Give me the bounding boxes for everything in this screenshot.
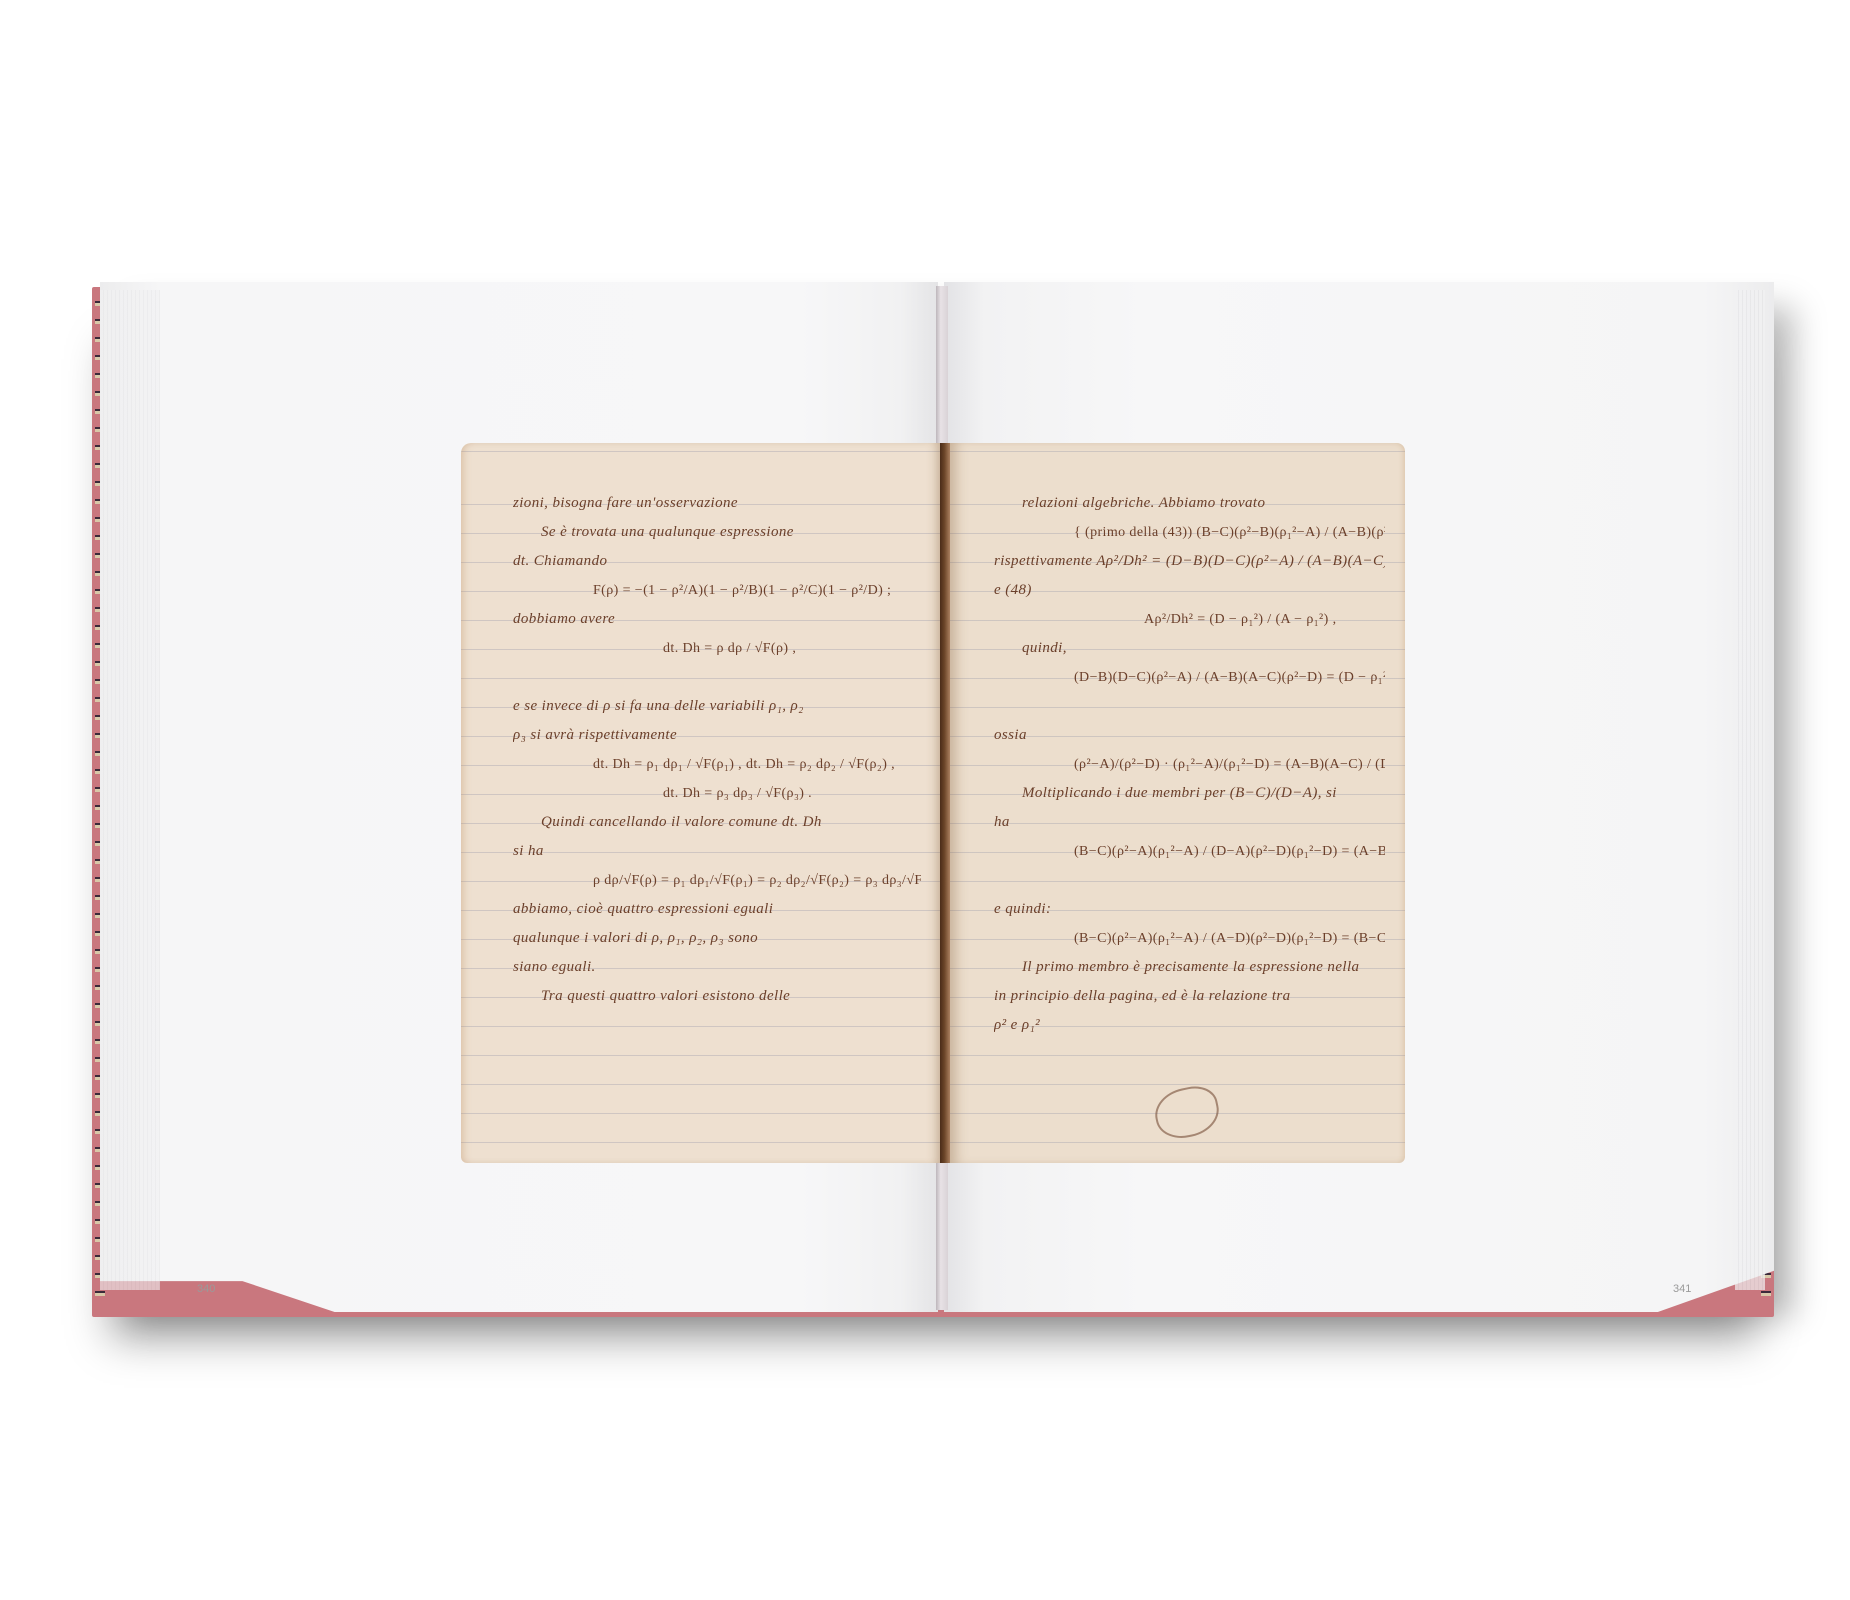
- manuscript-line: in principio della pagina, ed è la relaz…: [994, 982, 1385, 1011]
- manuscript-line: e (48): [994, 576, 1385, 605]
- manuscript-line: relazioni algebriche. Abbiamo trovato: [994, 489, 1385, 518]
- manuscript-line: (D−B)(D−C)(ρ²−A) / (A−B)(A−C)(ρ²−D) = (D…: [994, 663, 1385, 692]
- manuscript-line: e se invece di ρ si fa una delle variabi…: [513, 692, 921, 721]
- manuscript-line: ρ² e ρ₁²: [994, 1011, 1385, 1040]
- manuscript-line: zioni, bisogna fare un'osservazione: [513, 489, 921, 518]
- manuscript-line: si ha: [513, 837, 921, 866]
- manuscript-line: [994, 866, 1385, 895]
- manuscript-line: Tra questi quattro valori esistono delle: [513, 982, 921, 1011]
- manuscript-line: dt. Dh = ρ dρ / √F(ρ) ,: [513, 634, 921, 663]
- right-page-stack: [1735, 290, 1765, 1290]
- manuscript-line: Il primo membro è precisamente la espres…: [994, 953, 1385, 982]
- left-page-stack: [100, 290, 160, 1290]
- manuscript-right-text: relazioni algebriche. Abbiamo trovato{ (…: [950, 443, 1405, 1163]
- manuscript-left-text: zioni, bisogna fare un'osservazioneSe è …: [461, 443, 941, 1163]
- manuscript-line: ρ dρ/√F(ρ) = ρ₁ dρ₁/√F(ρ₁) = ρ₂ dρ₂/√F(ρ…: [513, 866, 921, 895]
- page-number-right: 341: [1673, 1283, 1691, 1295]
- manuscript-line: [994, 692, 1385, 721]
- manuscript-left-page: zioni, bisogna fare un'osservazioneSe è …: [461, 443, 941, 1163]
- manuscript-right-page: relazioni algebriche. Abbiamo trovato{ (…: [950, 443, 1405, 1163]
- manuscript-line: (B−C)(ρ²−A)(ρ₁²−A) / (D−A)(ρ²−D)(ρ₁²−D) …: [994, 837, 1385, 866]
- manuscript-line: rispettivamente Aρ²/Dh² = (D−B)(D−C)(ρ²−…: [994, 547, 1385, 576]
- manuscript-line: Aρ²/Dh² = (D − ρ₁²) / (A − ρ₁²) ,: [994, 605, 1385, 634]
- manuscript-line: Quindi cancellando il valore comune dt. …: [513, 808, 921, 837]
- manuscript-line: dt. Dh = ρ₁ dρ₁ / √F(ρ₁) , dt. Dh = ρ₂ d…: [513, 750, 921, 779]
- manuscript-line: ossia: [994, 721, 1385, 750]
- manuscript-line: Se è trovata una qualunque espressione: [513, 518, 921, 547]
- manuscript-line: ha: [994, 808, 1385, 837]
- manuscript-line: quindi,: [994, 634, 1385, 663]
- manuscript-line: e quindi:: [994, 895, 1385, 924]
- manuscript-line: Moltiplicando i due membri per (B−C)/(D−…: [994, 779, 1385, 808]
- manuscript-line: abbiamo, cioè quattro espressioni eguali: [513, 895, 921, 924]
- manuscript-line: F(ρ) = −(1 − ρ²/A)(1 − ρ²/B)(1 − ρ²/C)(1…: [513, 576, 921, 605]
- page-number-left: 340: [197, 1283, 215, 1295]
- manuscript-line: dt. Dh = ρ₃ dρ₃ / √F(ρ₃) .: [513, 779, 921, 808]
- manuscript-line: qualunque i valori di ρ, ρ₁, ρ₂, ρ₃ sono: [513, 924, 921, 953]
- manuscript-line: dt. Chiamando: [513, 547, 921, 576]
- manuscript-line: dobbiamo avere: [513, 605, 921, 634]
- manuscript-line: siano eguali.: [513, 953, 921, 982]
- manuscript-line: (ρ²−A)/(ρ²−D) · (ρ₁²−A)/(ρ₁²−D) = (A−B)(…: [994, 750, 1385, 779]
- manuscript-line: ρ₃ si avrà rispettivamente: [513, 721, 921, 750]
- manuscript-line: (B−C)(ρ²−A)(ρ₁²−A) / (A−D)(ρ²−D)(ρ₁²−D) …: [994, 924, 1385, 953]
- manuscript-line: [513, 663, 921, 692]
- manuscript-line: { (primo della (43)) (B−C)(ρ²−B)(ρ₁²−A) …: [994, 518, 1385, 547]
